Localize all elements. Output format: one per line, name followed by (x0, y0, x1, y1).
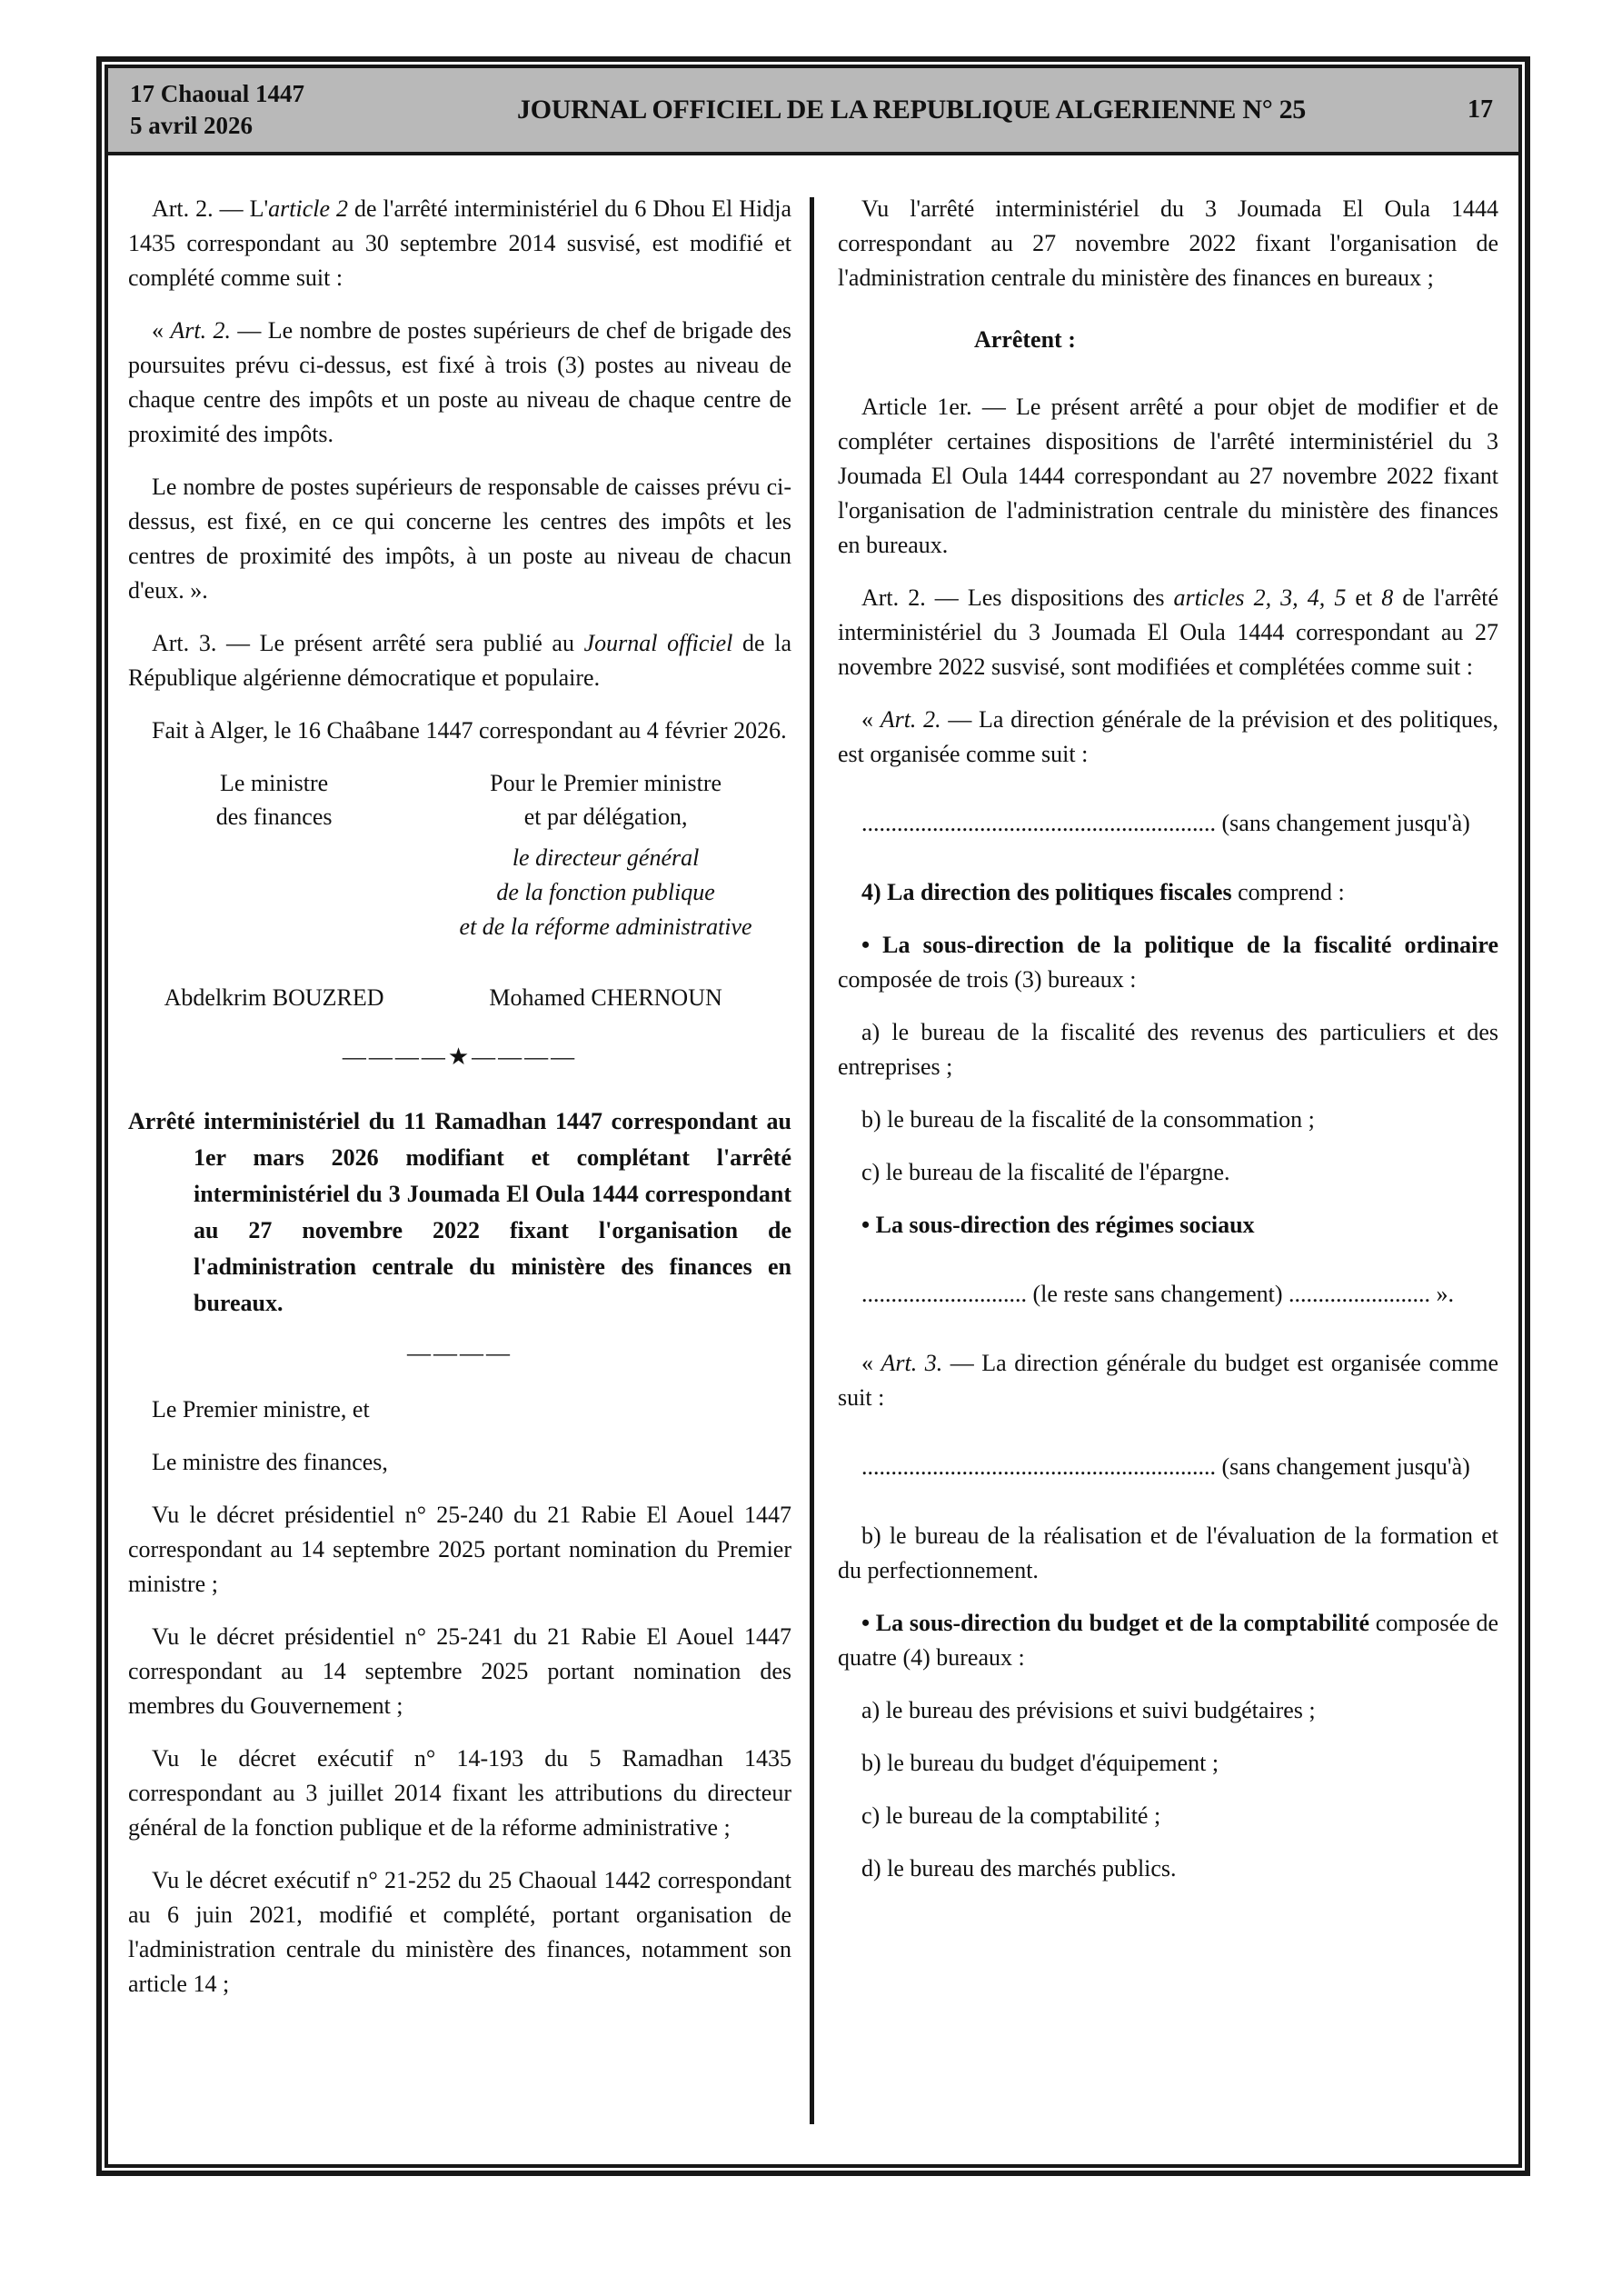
visa-decret-14-193: Vu le décret exécutif n° 14-193 du 5 Ram… (128, 1742, 791, 1845)
text-run: Art. 2. — Les dispositions des (861, 584, 1174, 611)
item-bureau-c-epargne: c) le bureau de la fiscalité de l'épargn… (838, 1155, 1498, 1190)
signature-function-line: de la fonction publique (420, 875, 791, 910)
article-1-paragraph: Article 1er. — Le présent arrêté a pour … (838, 390, 1498, 563)
star-separator: ————★———— (128, 1040, 791, 1074)
header-date-gregorian: 5 avril 2026 (130, 110, 430, 142)
visa-decret-21-252: Vu le décret exécutif n° 21-252 du 25 Ch… (128, 1863, 791, 2002)
text-run: composée de trois (3) bureaux : (838, 966, 1137, 993)
quote-art2-dgpp: « Art. 2. — La direction générale de la … (838, 703, 1498, 772)
dash-separator: ———— (128, 1336, 791, 1371)
paragraph-art3-publication: Art. 3. — Le présent arrêté sera publié … (128, 626, 791, 695)
signature-name-left: Abdelkrim BOUZRED (128, 981, 420, 1014)
header-date-block: 17 Chaoual 1447 5 avril 2026 (130, 78, 430, 142)
signature-role-line: et par délégation, (420, 800, 791, 834)
item-bureau-a-previsions: a) le bureau des prévisions et suivi bud… (838, 1693, 1498, 1728)
text-run: et (1346, 584, 1381, 611)
signature-function-line: et de la réforme administrative (420, 910, 791, 944)
header-date-hijri: 17 Chaoual 1447 (130, 78, 430, 110)
text-run-italic: Journal officiel (584, 630, 733, 656)
left-column: Art. 2. — L'article 2 de l'arrêté interm… (108, 155, 810, 2164)
journal-title: JOURNAL OFFICIEL DE LA REPUBLIQUE ALGERI… (430, 95, 1393, 125)
signature-function-block: le directeur général de la fonction publ… (420, 841, 791, 944)
item-bureau-b-consommation: b) le bureau de la fiscalité de la conso… (838, 1103, 1498, 1137)
item-bureau-c-comptabilite: c) le bureau de la comptabilité ; (838, 1799, 1498, 1833)
text-run: Art. 2. — L' (152, 195, 268, 222)
item-bureau-a-revenus: a) le bureau de la fiscalité des revenus… (838, 1015, 1498, 1084)
page-inner-border: 17 Chaoual 1447 5 avril 2026 JOURNAL OFF… (104, 65, 1522, 2168)
signature-role-minister: Le ministre des finances (128, 766, 420, 944)
content-area: Art. 2. — L'article 2 de l'arrêté interm… (108, 155, 1518, 2164)
paragraph-fait-a-alger: Fait à Alger, le 16 Chaâbane 1447 corres… (128, 714, 791, 748)
right-column: Vu l'arrêté interministériel du 3 Joumad… (814, 155, 1518, 2164)
bullet-sous-direction-regimes-sociaux: • La sous-direction des régimes sociaux (838, 1208, 1498, 1243)
text-run: « (861, 1350, 881, 1376)
dots-sans-changement-2: ........................................… (838, 1450, 1498, 1484)
visa-decret-25-240: Vu le décret présidentiel n° 25-240 du 2… (128, 1498, 791, 1602)
signature-name-right: Mohamed CHERNOUN (420, 981, 791, 1014)
text-run-italic: Art. 2. (881, 706, 941, 733)
text-run: Art. 3. — Le présent arrêté sera publié … (152, 630, 584, 656)
header-band: 17 Chaoual 1447 5 avril 2026 JOURNAL OFF… (108, 68, 1518, 155)
visa-arrete-3-joumada: Vu l'arrêté interministériel du 3 Joumad… (838, 192, 1498, 295)
quote-art2-opening: « Art. 2. — Le nombre de postes supérieu… (128, 314, 791, 452)
line-ministre-finances: Le ministre des finances, (128, 1445, 791, 1480)
visa-decret-25-241: Vu le décret présidentiel n° 25-241 du 2… (128, 1620, 791, 1723)
signature-role-premier: Pour le Premier ministre et par délégati… (420, 766, 791, 944)
text-run-italic: article 2 (268, 195, 348, 222)
dots-reste-sans-changement: ............................ (le reste s… (838, 1277, 1498, 1312)
bullet-sous-direction-fiscalite-ordinaire: • La sous-direction de la politique de l… (838, 928, 1498, 997)
text-run-italic: 8 (1381, 584, 1393, 611)
text-run-italic: articles 2, 3, 4, 5 (1174, 584, 1347, 611)
item-direction-politiques-fiscales: 4) La direction des politiques fiscales … (838, 875, 1498, 910)
item-bureau-b-equipement: b) le bureau du budget d'équipement ; (838, 1746, 1498, 1781)
item-bureau-d-marches: d) le bureau des marchés publics. (838, 1852, 1498, 1886)
bullet-sous-direction-budget-comptabilite: • La sous-direction du budget et de la c… (838, 1606, 1498, 1675)
signature-function-line: le directeur général (420, 841, 791, 875)
signature-roles: Le ministre des finances Pour le Premier… (128, 766, 791, 944)
text-run-bold: • La sous-direction de la politique de l… (861, 932, 1498, 958)
page-frame: 17 Chaoual 1447 5 avril 2026 JOURNAL OFF… (96, 56, 1530, 2176)
text-run-italic: Art. 2. (170, 317, 231, 344)
dots-sans-changement-1: ........................................… (838, 806, 1498, 841)
quote-art2-continuation: Le nombre de postes supérieurs de respon… (128, 470, 791, 608)
item-bureau-b-formation: b) le bureau de la réalisation et de l'é… (838, 1519, 1498, 1588)
line-premier-ministre: Le Premier ministre, et (128, 1393, 791, 1427)
article-2-intro: Art. 2. — Les dispositions des articles … (838, 581, 1498, 684)
text-run: « (861, 706, 881, 733)
signature-role-line: des finances (128, 800, 420, 834)
signature-names: Abdelkrim BOUZRED Mohamed CHERNOUN (128, 981, 791, 1014)
text-run-bold: 4) La direction des politiques fiscales (861, 879, 1232, 905)
page-number: 17 (1393, 95, 1502, 125)
signature-role-line: Le ministre (128, 766, 420, 800)
text-run-italic: Art. 3. (881, 1350, 943, 1376)
signature-role-line: Pour le Premier ministre (420, 766, 791, 800)
arretent-heading: Arrêtent : (838, 323, 1498, 357)
text-run: comprend : (1232, 879, 1345, 905)
text-run: « (152, 317, 170, 344)
decree-title-heading: Arrêté interministériel du 11 Ramadhan 1… (128, 1103, 791, 1322)
quote-art3-budget: « Art. 3. — La direction générale du bud… (838, 1346, 1498, 1415)
paragraph-art2-amendment: Art. 2. — L'article 2 de l'arrêté interm… (128, 192, 791, 295)
text-run-bold: • La sous-direction du budget et de la c… (861, 1610, 1369, 1636)
